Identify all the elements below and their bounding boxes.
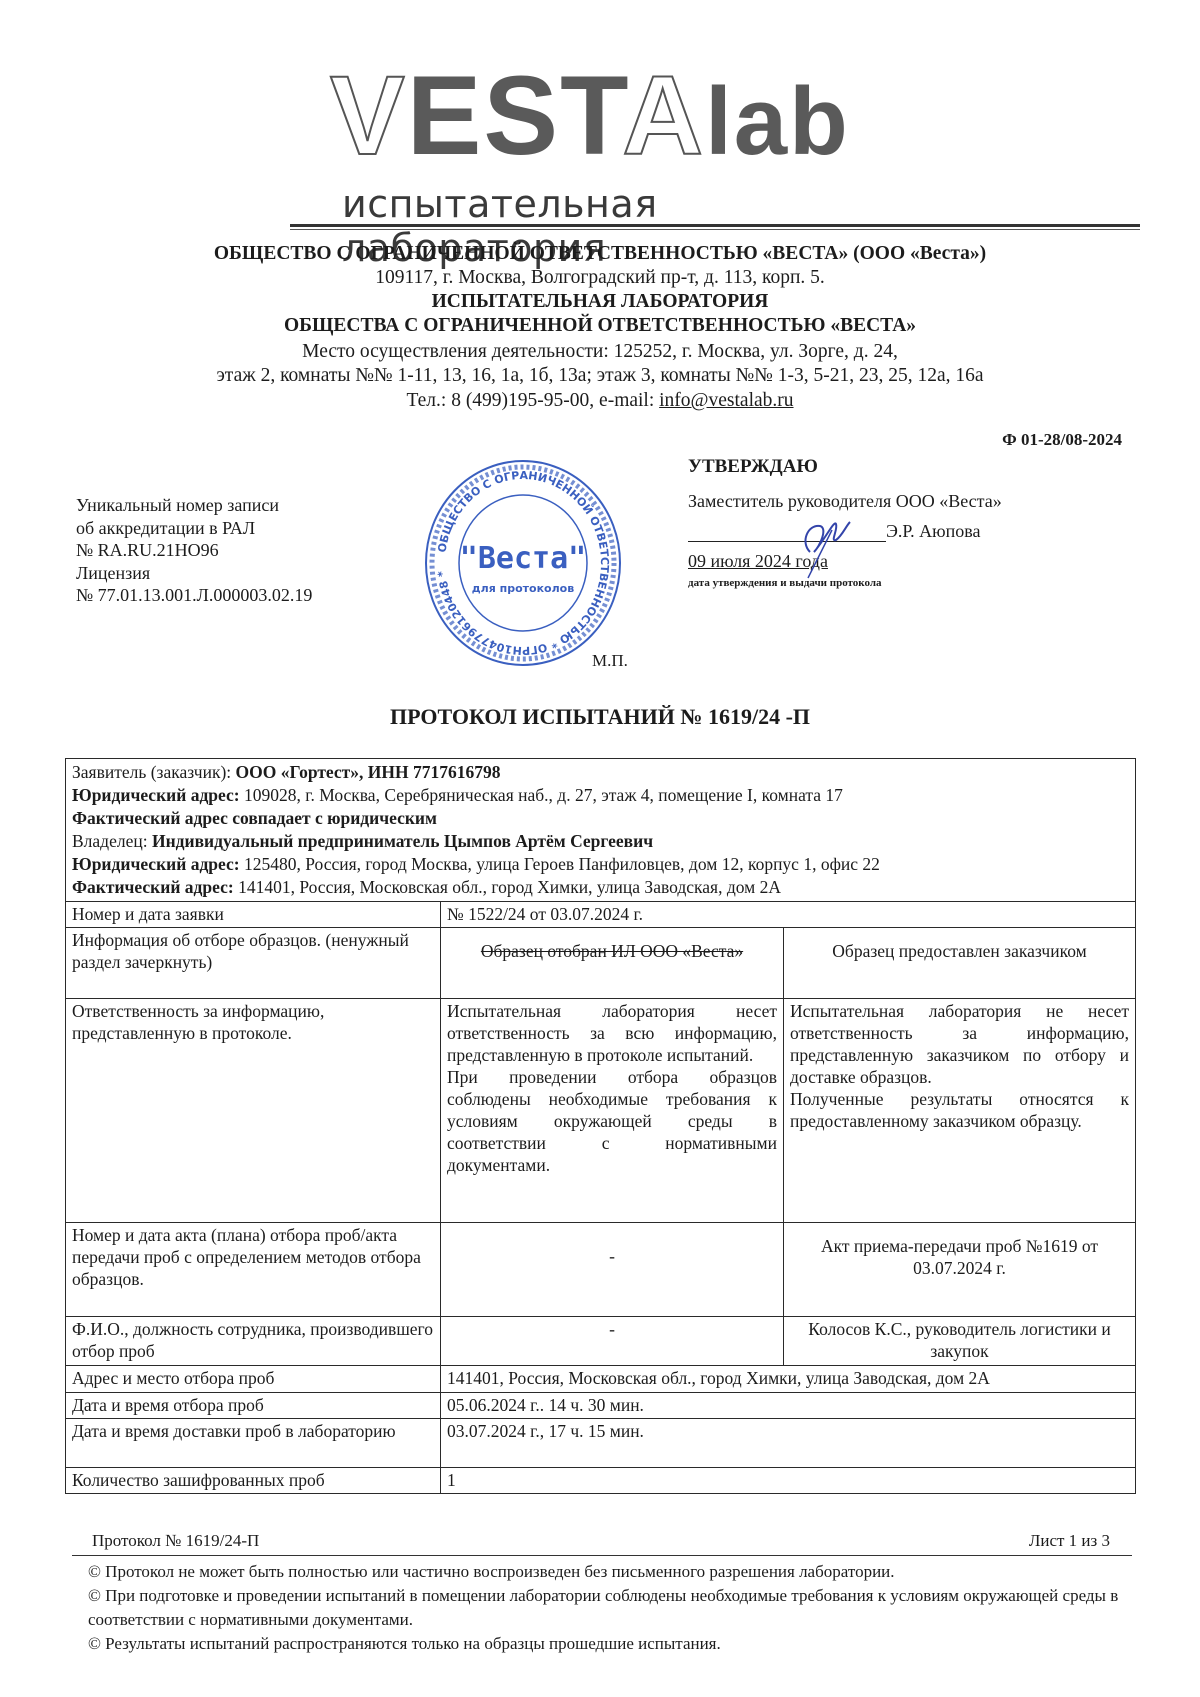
activity-place-line1: Место осуществления деятельности: 125252… <box>0 340 1200 363</box>
row-value: 141401, Россия, Московская обл., город Х… <box>441 1366 1135 1392</box>
phone-text: Тел.: 8 (499)195-95-00, e-mail: <box>406 390 659 411</box>
customer-row: Заявитель (заказчик): ООО «Гортест», ИНН… <box>72 761 1129 784</box>
protocol-title: ПРОТОКОЛ ИСПЫТАНИЙ № 1619/24 -П <box>0 704 1200 730</box>
responsibility-lab: Испытательная лаборатория несет ответств… <box>441 999 784 1222</box>
stamp-mark: М.П. <box>592 651 628 671</box>
row-label: Адрес и место отбора проб <box>66 1366 441 1392</box>
option-lab-crossed: Образец отобран ИЛ ООО «Веста» <box>441 928 784 998</box>
accreditation-line: Уникальный номер записи <box>76 494 312 517</box>
footer-note: © Протокол не может быть полностью или ч… <box>88 1560 1148 1584</box>
logo-letter-e: E <box>407 53 484 178</box>
logo-suffix: lab <box>705 68 850 175</box>
sampler-lab-value: - <box>441 1317 784 1365</box>
option-customer: Образец предоставлен заказчиком <box>784 928 1135 998</box>
org-name: ОБЩЕСТВО С ОГРАНИЧЕННОЙ ОТВЕТСТВЕННОСТЬЮ… <box>0 242 1200 265</box>
footer-note: © Результаты испытаний распространяются … <box>88 1632 1148 1656</box>
logo-letter-t: T <box>560 53 622 178</box>
act-customer-value: Акт приема-передачи проб №1619 от 03.07.… <box>784 1223 1135 1316</box>
accreditation-number: № RA.RU.21НО96 <box>76 539 312 562</box>
protocol-info-table: Заявитель (заказчик): ООО «Гортест», ИНН… <box>65 758 1136 1494</box>
sampler-customer-value: Колосов К.С., руководитель логистики и з… <box>784 1317 1135 1365</box>
legal-address-label: Юридический адрес: <box>72 785 244 805</box>
customer-label: Заявитель (заказчик): <box>72 762 236 782</box>
legal-address-value: 125480, Россия, город Москва, улица Геро… <box>244 854 880 874</box>
table-row-address: Адрес и место отбора проб 141401, Россия… <box>66 1365 1135 1392</box>
accreditation-block: Уникальный номер записи об аккредитации … <box>76 494 312 607</box>
row-label: Номер и дата заявки <box>66 902 441 927</box>
row-value: 03.07.2024 г., 17 ч. 15 мин. <box>441 1419 1135 1467</box>
table-row-delivery-datetime: Дата и время доставки проб в лабораторию… <box>66 1418 1135 1467</box>
header-divider <box>290 224 1140 227</box>
owner-legal-address: Юридический адрес: 125480, Россия, город… <box>72 853 1129 876</box>
license-number: № 77.01.13.001.Л.000003.02.19 <box>76 584 312 607</box>
responsibility-customer: Испытательная лаборатория не несет ответ… <box>784 999 1135 1222</box>
license-label: Лицензия <box>76 562 312 585</box>
actual-address-note: Фактический адрес совпадает с юридически… <box>72 808 437 828</box>
footer-note: © При подготовке и проведении испытаний … <box>88 1584 1148 1632</box>
owner-label: Владелец: <box>72 831 152 851</box>
legal-address-value: 109028, г. Москва, Серебряническая наб.,… <box>244 785 843 805</box>
customer-value: ООО «Гортест», ИНН 7717616798 <box>236 762 501 782</box>
footer-notes: © Протокол не может быть полностью или ч… <box>88 1560 1148 1656</box>
table-row-sampler: Ф.И.О., должность сотрудника, производив… <box>66 1316 1135 1365</box>
footer-protocol-ref: Протокол № 1619/24-П <box>92 1531 259 1551</box>
vestalab-logo: VESTAlab испытательная лаборатория <box>330 60 890 225</box>
responsibility-customer-text: Испытательная лаборатория не несет ответ… <box>790 1000 1129 1088</box>
table-row-encoded-count: Количество зашифрованных проб 1 <box>66 1467 1135 1493</box>
row-label: Ф.И.О., должность сотрудника, производив… <box>66 1317 441 1365</box>
actual-address-label: Фактический адрес: <box>72 877 238 897</box>
approver-position: Заместитель руководителя ООО «Веста» <box>688 490 1002 512</box>
official-stamp: ОБЩЕСТВО С ОГРАНИЧЕННОЙ ОТВЕТСТВЕННОСТЬЮ… <box>423 458 623 668</box>
actual-address-same: Фактический адрес совпадает с юридически… <box>72 807 1129 830</box>
owner-row: Владелец: Индивидуальный предприниматель… <box>72 830 1129 853</box>
logo-wordmark: VESTAlab <box>330 60 850 172</box>
owner-value: Индивидуальный предприниматель Цымпов Ар… <box>152 831 653 851</box>
footer-divider <box>72 1555 1132 1556</box>
svg-text:для протоколов: для протоколов <box>472 582 574 595</box>
row-value: № 1522/24 от 03.07.2024 г. <box>441 902 1135 927</box>
table-row-responsibility: Ответственность за информацию, представл… <box>66 998 1135 1222</box>
activity-place-line2: этаж 2, комнаты №№ 1-11, 13, 16, 1а, 1б,… <box>0 364 1200 387</box>
signer-name: Э.Р. Аюпова <box>886 521 980 541</box>
table-row-act: Номер и дата акта (плана) отбора проб/ак… <box>66 1222 1135 1316</box>
footer-page-number: Лист 1 из 3 <box>1029 1531 1110 1551</box>
row-label: Информация об отборе образцов. (ненужный… <box>66 928 441 998</box>
legal-address-label: Юридический адрес: <box>72 854 244 874</box>
responsibility-customer-results: Полученные результаты относятся к предос… <box>790 1088 1129 1132</box>
row-value: 05.06.2024 г.. 14 ч. 30 мин. <box>441 1393 1135 1418</box>
logo-letter-a: A <box>622 53 705 178</box>
lab-owner: ОБЩЕСТВА С ОГРАНИЧЕННОЙ ОТВЕТСТВЕННОСТЬЮ… <box>0 314 1200 337</box>
row-label: Номер и дата акта (плана) отбора проб/ак… <box>66 1223 441 1316</box>
applicant-section: Заявитель (заказчик): ООО «Гортест», ИНН… <box>66 759 1135 901</box>
row-label: Ответственность за информацию, представл… <box>66 999 441 1222</box>
actual-address-value: 141401, Россия, Московская обл., город Х… <box>238 877 781 897</box>
header-divider-thin <box>290 229 1140 230</box>
approval-title: УТВЕРЖДАЮ <box>688 456 1002 478</box>
contacts: Тел.: 8 (499)195-95-00, e-mail: info@ves… <box>0 389 1200 412</box>
row-label: Дата и время доставки проб в лабораторию <box>66 1419 441 1467</box>
logo-letter-v: V <box>330 53 407 178</box>
row-label: Дата и время отбора проб <box>66 1393 441 1418</box>
table-row-sampling-datetime: Дата и время отбора проб 05.06.2024 г.. … <box>66 1392 1135 1418</box>
table-row-request: Номер и дата заявки № 1522/24 от 03.07.2… <box>66 901 1135 927</box>
table-row-sampling-info: Информация об отборе образцов. (ненужный… <box>66 927 1135 998</box>
act-lab-value: - <box>441 1223 784 1316</box>
form-code: Ф 01-28/08-2024 <box>1002 430 1122 450</box>
responsibility-lab-conditions: При проведении отбора образцов соблюдены… <box>447 1066 777 1176</box>
responsibility-lab-text: Испытательная лаборатория несет ответств… <box>447 1000 777 1066</box>
logo-letter-s: S <box>483 53 560 178</box>
email-link[interactable]: info@vestalab.ru <box>659 390 793 411</box>
accreditation-line: об аккредитации в РАЛ <box>76 517 312 540</box>
customer-legal-address: Юридический адрес: 109028, г. Москва, Се… <box>72 784 1129 807</box>
row-value: 1 <box>441 1468 1135 1493</box>
handwritten-signature <box>790 512 860 582</box>
stamp-center-text: "Веста" <box>460 541 586 576</box>
owner-actual-address: Фактический адрес: 141401, Россия, Моско… <box>72 876 1129 899</box>
row-label: Количество зашифрованных проб <box>66 1468 441 1493</box>
lab-title: ИСПЫТАТЕЛЬНАЯ ЛАБОРАТОРИЯ <box>0 290 1200 313</box>
org-address: 109117, г. Москва, Волгоградский пр-т, д… <box>0 266 1200 289</box>
